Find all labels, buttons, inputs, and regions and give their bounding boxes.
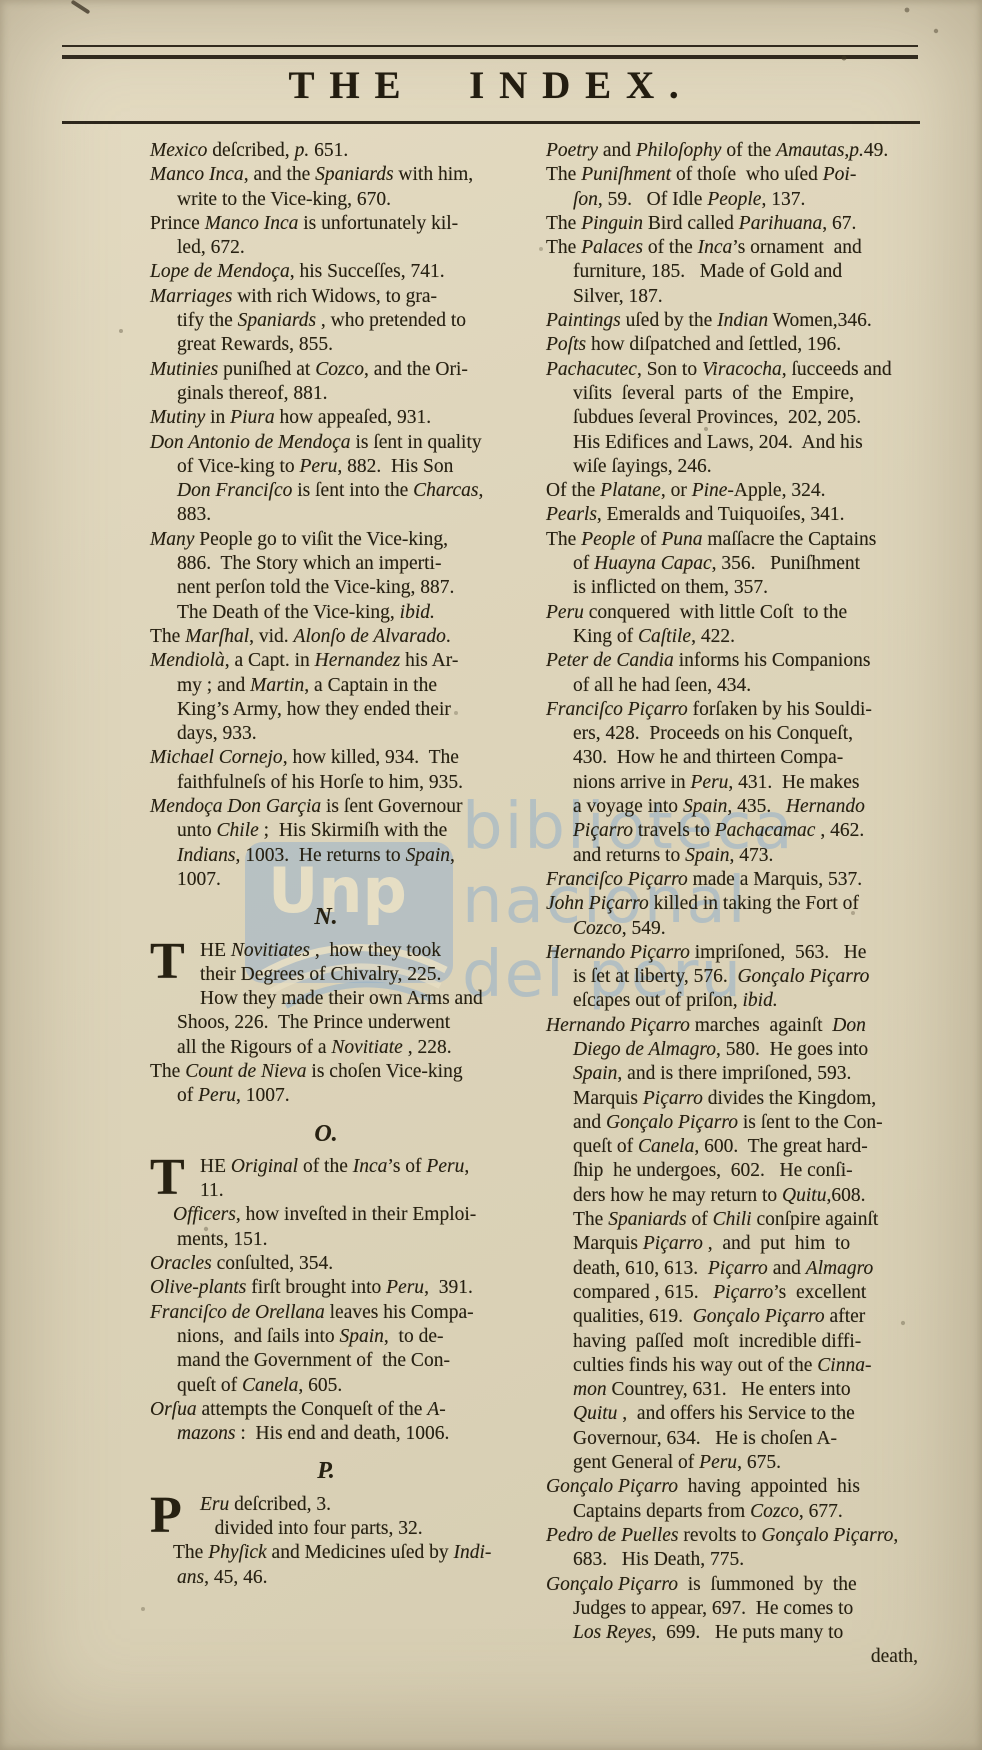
section-heading: O. — [150, 1122, 502, 1146]
index-entry: PEru deſcribed, 3. divided into four par… — [150, 1493, 502, 1542]
index-entry-text: Eru deſcribed, 3. divided into four part… — [200, 1494, 423, 1539]
index-entry: The Pinguin Bird called Parihuana, 67. — [546, 212, 918, 236]
drop-cap: T — [150, 939, 200, 988]
index-entry: Mutiny in Piura how appeaſed, 931. — [150, 406, 502, 430]
drop-cap: T — [150, 1155, 200, 1204]
index-entry: Franciſco de Orellana leaves his Compa- … — [150, 1301, 502, 1398]
ink-mark — [71, 0, 91, 14]
index-entry: Hernando Piçarro marches againſt Don Die… — [546, 1014, 918, 1476]
index-entry: The Puniſhment of thoſe who uſed Poi- ſo… — [546, 163, 918, 212]
index-column-right: Poetry and Philoſophy of the Amautas,p.4… — [546, 139, 918, 1670]
index-entry: Officers, how inveſted in their Emploi- … — [150, 1203, 502, 1252]
index-entry: Mutinies puniſhed at Cozco, and the Ori-… — [150, 358, 502, 407]
index-entry: Peter de Candia informs his Companions o… — [546, 649, 918, 698]
double-rule-top — [62, 45, 918, 59]
index-entry: THE Original of the Inca’s of Peru, 11. — [150, 1155, 502, 1204]
catchword: death, — [546, 1645, 918, 1669]
index-entry: Marriages with rich Widows, to gra- tify… — [150, 285, 502, 358]
index-entry: Pearls, Emeralds and Tuiquoiſes, 341. — [546, 503, 918, 527]
index-entry: Franciſco Piçarro made a Marquis, 537. — [546, 868, 918, 892]
index-entry: Gonçalo Piçarro having appointed his Cap… — [546, 1475, 918, 1524]
drop-cap: P — [150, 1493, 200, 1542]
index-entry: Lope de Mendoça, his Succeſſes, 741. — [150, 260, 502, 284]
index-entry: Hernando Piçarro impriſoned, 563. He is … — [546, 941, 918, 1014]
index-entry: Of the Platane, or Pine-Apple, 324. — [546, 479, 918, 503]
index-entry: Michael Cornejo, how killed, 934. The fa… — [150, 746, 502, 795]
paper-specks — [0, 0, 2, 2]
index-entry: Pachacutec, Son to Viracocha, ſucceeds a… — [546, 358, 918, 479]
index-entry: THE Novitiates , how they took their Deg… — [150, 939, 502, 1060]
index-entry: Mendoça Don Garçia is ſent Governour unt… — [150, 795, 502, 892]
index-entry: Oracles conſulted, 354. — [150, 1252, 502, 1276]
index-entry-text: HE Original of the Inca’s of Peru, 11. — [200, 1156, 469, 1201]
index-entry: Franciſco Piçarro forſaken by his Souldi… — [546, 698, 918, 868]
index-entry: Poetry and Philoſophy of the Amautas,p.4… — [546, 139, 918, 163]
index-column-left: Mexico deſcribed, p. 651.Manco Inca, and… — [150, 139, 502, 1590]
index-entry: The People of Puna maſſacre the Captains… — [546, 528, 918, 601]
index-entry: Gonçalo Piçarro is ſummoned by the Judge… — [546, 1573, 918, 1646]
index-entry: The Palaces of the Inca’s ornament and f… — [546, 236, 918, 309]
index-entry: Peru conquered with little Coſt to the K… — [546, 601, 918, 650]
rule-below-title — [62, 121, 920, 124]
index-entry: Orſua attempts the Conqueſt of the A- ma… — [150, 1398, 502, 1447]
page-title: THE INDEX. — [0, 63, 982, 108]
index-entry: John Piçarro killed in taking the Fort o… — [546, 892, 918, 941]
index-entry: Manco Inca, and the Spaniards with him, … — [150, 163, 502, 212]
index-entry: Pedro de Puelles revolts to Gonçalo Piça… — [546, 1524, 918, 1573]
index-entry: The Phyſick and Medicines uſed by Indi- … — [150, 1541, 502, 1590]
index-entry-text: HE Novitiates , how they took their Degr… — [177, 940, 483, 1058]
index-entry: Olive-plants firſt brought into Peru, 39… — [150, 1276, 502, 1300]
index-entry: Paintings uſed by the Indian Women,346. — [546, 309, 918, 333]
index-entry: Don Antonio de Mendoça is ſent in qualit… — [150, 431, 502, 528]
index-entry: Poſts how diſpatched and ſettled, 196. — [546, 333, 918, 357]
section-heading: N. — [150, 905, 502, 929]
index-entry: The Count de Nieva is choſen Vice-king o… — [150, 1060, 502, 1109]
index-entry: The Marſhal, vid. Alonſo de Alvarado. — [150, 625, 502, 649]
index-entry: Prince Manco Inca is unfortunately kil- … — [150, 212, 502, 261]
section-heading: P. — [150, 1459, 502, 1483]
index-entry: Mexico deſcribed, p. 651. — [150, 139, 502, 163]
book-page: THE INDEX. Unp biblioteca nacional del p… — [0, 0, 982, 1750]
index-entry: Mendiolà, a Capt. in Hernandez his Ar- m… — [150, 649, 502, 746]
index-entry: Many People go to viſit the Vice-king, 8… — [150, 528, 502, 625]
